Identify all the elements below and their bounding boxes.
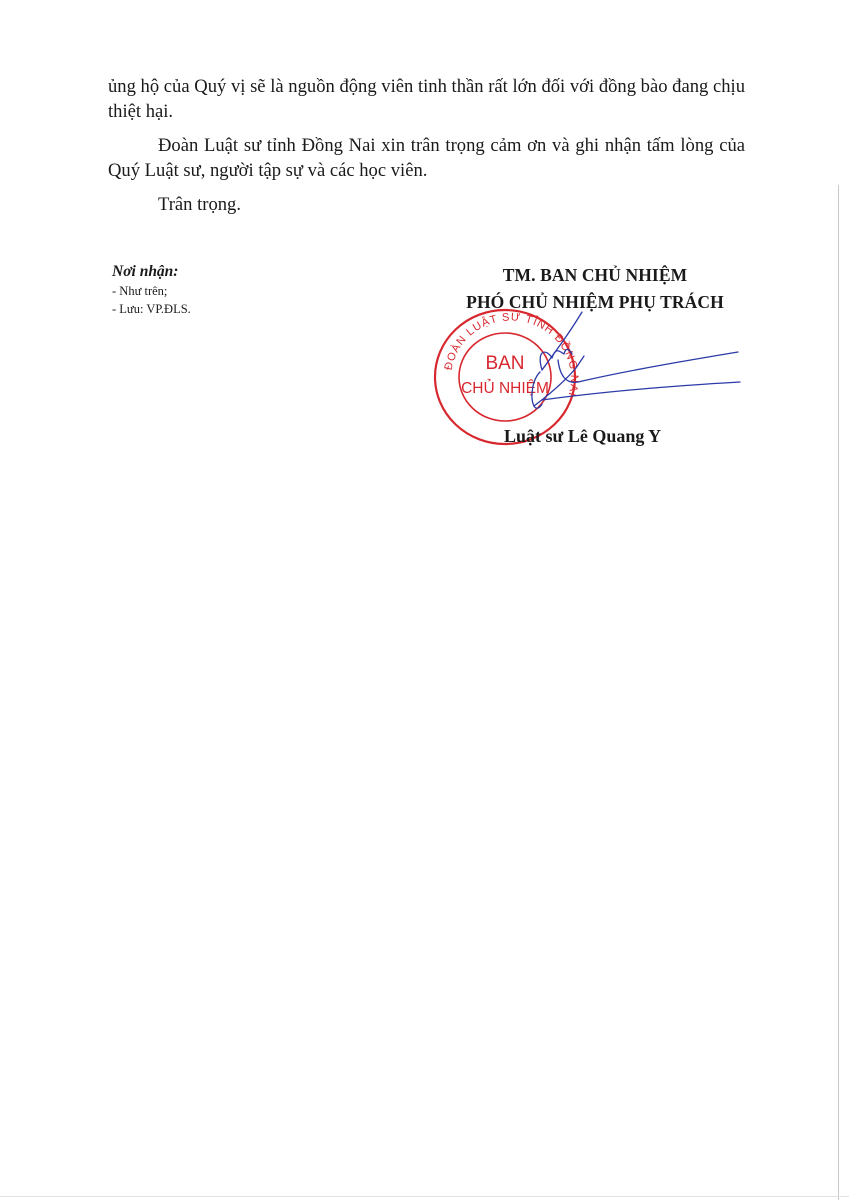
body-paragraph: ủng hộ của Quý vị sẽ là nguồn động viên …	[108, 74, 745, 124]
stamp-center-line: CHỦ NHIỆM	[461, 379, 549, 397]
handwritten-signature-icon	[520, 310, 750, 430]
signer-name: Luật sư Lê Quang Y	[504, 424, 661, 448]
recipient-item: - Như trên;	[112, 282, 372, 300]
signature-block: TM. BAN CHỦ NHIỆM PHÓ CHỦ NHIỆM PHỤ TRÁC…	[430, 262, 760, 316]
stamp-ring-text: ĐOÀN LUẬT SƯ TỈNH ĐỒNG NAI	[443, 311, 580, 398]
stamp-center-line: BAN	[485, 353, 524, 374]
recipient-item: - Lưu: VP.ĐLS.	[112, 300, 372, 318]
recipients-title: Nơi nhận:	[112, 262, 372, 282]
signature-position: PHÓ CHỦ NHIỆM PHỤ TRÁCH	[430, 289, 760, 316]
recipients-block: Nơi nhận: - Như trên; - Lưu: VP.ĐLS.	[112, 262, 372, 318]
signature-on-behalf: TM. BAN CHỦ NHIỆM	[430, 262, 760, 289]
document-page: ủng hộ của Quý vị sẽ là nguồn động viên …	[0, 0, 849, 1200]
closing-salutation: Trân trọng.	[108, 192, 745, 217]
svg-text:ĐOÀN LUẬT SƯ TỈNH ĐỒNG NAI: ĐOÀN LUẬT SƯ TỈNH ĐỒNG NAI	[443, 311, 580, 398]
letter-body: ủng hộ của Quý vị sẽ là nguồn động viên …	[108, 74, 745, 226]
body-paragraph: Đoàn Luật sư tỉnh Đồng Nai xin trân trọn…	[108, 133, 745, 183]
scan-edge-line	[838, 185, 839, 1200]
scan-edge-line	[0, 1196, 849, 1197]
